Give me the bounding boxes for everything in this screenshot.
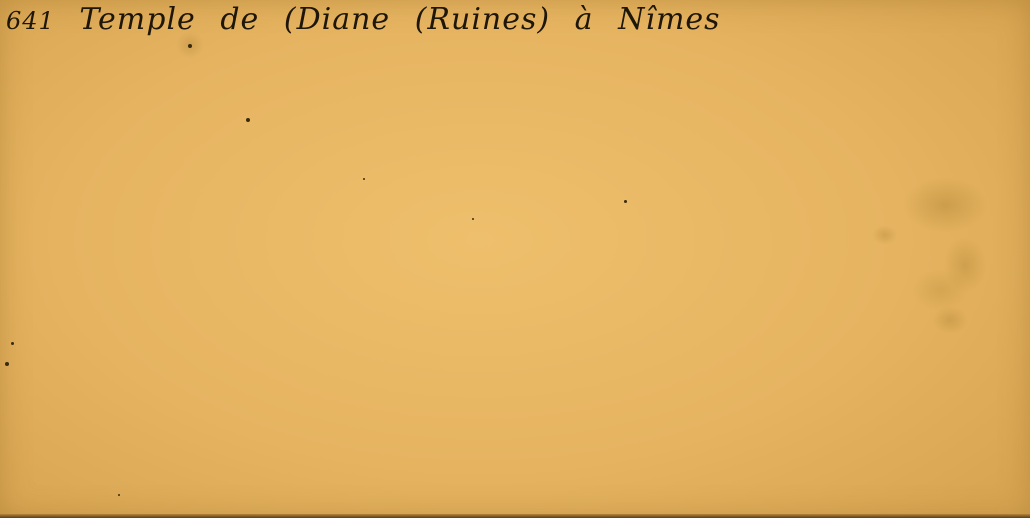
ink-speck bbox=[472, 218, 474, 220]
inscription-word: de bbox=[220, 2, 259, 37]
ink-speck bbox=[118, 494, 120, 496]
inscription-word: Nîmes bbox=[618, 2, 720, 37]
card-edge bbox=[0, 514, 1030, 518]
ink-speck bbox=[11, 342, 14, 345]
inscription-word: à bbox=[575, 2, 594, 37]
ink-speck bbox=[246, 118, 250, 122]
ink-speck bbox=[188, 44, 192, 48]
handwritten-inscription: 641 Temple de (Diane (Ruines) à Nîmes bbox=[6, 2, 735, 37]
inscription-word: (Ruines) bbox=[415, 2, 550, 37]
inscription-word: (Diane bbox=[284, 2, 390, 37]
ink-speck bbox=[363, 178, 365, 180]
inscription-word: Temple bbox=[79, 2, 195, 37]
ink-speck bbox=[5, 362, 9, 366]
catalog-number: 641 bbox=[6, 7, 55, 35]
stereo-card-back: 641 Temple de (Diane (Ruines) à Nîmes bbox=[0, 0, 1030, 518]
ink-speck bbox=[624, 200, 627, 203]
